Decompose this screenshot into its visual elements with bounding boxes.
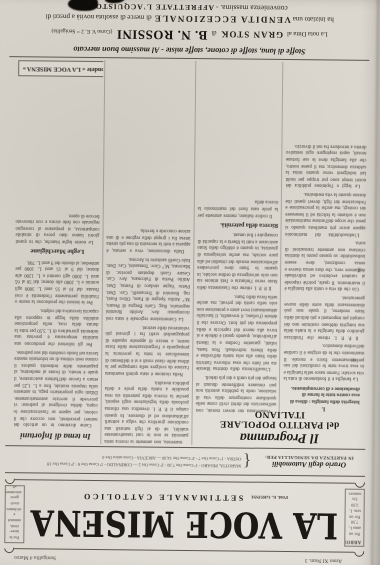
insertions-line: réclames rivol- xyxy=(8,500,22,511)
section-number: I. xyxy=(283,404,364,413)
paragraph: Dalla discussione, viva e serrata, è app… xyxy=(106,226,190,253)
subscription-box: ABBONAMENTI Per un anno L. 7,50 Per un s… xyxy=(344,489,364,547)
article-columns: Il Programma del PARTITO POPOLARE ITALIA… xyxy=(5,59,369,447)
brace-glyph: { xyxy=(243,453,251,470)
scanned-newspaper-screenshot: Anno XI Num. 3 Senigallia 4 Marzo ABBONA… xyxy=(0,0,380,565)
column-4: In tema di Infortuni Come dicemmo in un … xyxy=(11,59,103,444)
program-headline-line1: Il Programma xyxy=(193,429,365,447)
subscription-line: Per un anno L. 7,50 xyxy=(348,519,362,536)
paragraph: Il codice italiano, mentre ammette per l… xyxy=(198,197,279,218)
ad-text: di merce di assoluta novità a prezzi di xyxy=(46,12,152,21)
newspaper-sheet-upside-down: Anno XI Num. 3 Senigallia 4 Marzo ABBONA… xyxy=(0,0,380,565)
column-3: maternità, non ammette la ricerca della … xyxy=(102,60,194,445)
column-2: l'osservanza dei doveri morali, così nel… xyxy=(194,61,282,414)
scan-speck xyxy=(351,359,356,362)
ad-sale-text: VENDITA ECCEZIONALE xyxy=(153,14,291,25)
timetable-title: Orario degli Automobili xyxy=(253,460,365,470)
paragraph: maternità, non ammette la ricerca della … xyxy=(104,377,189,444)
ad-text: La nota Ditta al xyxy=(287,30,328,37)
subscription-line: Per un sem. L. 3,50 xyxy=(348,502,362,519)
paragraph: L'indissolubilità del matrimonio appare … xyxy=(285,189,366,236)
scan-speck xyxy=(357,268,361,272)
ad-address: (Corso V. E. 2 = Senigallia) xyxy=(52,28,113,35)
ad-line2: La nota Ditta al GRAN STOK di B. N. ROSS… xyxy=(10,24,370,46)
paragraph: Per le lesioni che producono la morte o … xyxy=(15,257,99,304)
paragraph: La Commissione regionale è stata così ri… xyxy=(106,254,191,321)
paragraph: Come dicemmo in un articolo dei numeri p… xyxy=(13,347,98,427)
ad-shop-name: GRAN STOK xyxy=(220,29,283,40)
diffondete-promo-box: Diffondete « LA VOCE MISENA » xyxy=(18,60,103,77)
ad-text: ha iniziato una xyxy=(293,15,334,23)
bus-timetable: Orario degli Automobili IN PARTENZA DA S… xyxy=(5,445,365,477)
issue-number: Anno XI Num. 3 xyxy=(305,557,342,563)
paragraph: Ciò che dà vita e unità alla famiglia è … xyxy=(284,238,365,292)
masthead: ABBONAMENTI Per un anno L. 7,50 Per un s… xyxy=(4,485,365,547)
fold-crease xyxy=(371,0,379,565)
dateline-place: Senigallia 4 Marzo xyxy=(14,554,56,560)
rossini-advertisement: Stoffe di lana, stoffe di cotone, stoffe… xyxy=(9,0,370,60)
insertions-line: Per le inser- xyxy=(7,529,21,540)
program-headline: Il Programma del PARTITO POPOLARE ITALIA… xyxy=(193,413,365,447)
paragraph: Le nostre leghe bianche, che in questi g… xyxy=(15,210,99,244)
column-1: I. Integrità della famiglia : difesa di … xyxy=(281,62,369,415)
insertions-line: gersi unicamente xyxy=(8,489,22,500)
insertions-box: Per le inser- zioni, annunzi e réclames … xyxy=(4,485,24,543)
subscription-title: ABBONAMENTI xyxy=(348,537,362,544)
section-lead: Integrità della famiglia : difesa di ess… xyxy=(283,383,360,404)
paragraph: Le leggi e l'opinione pubblica dei nostr… xyxy=(286,141,367,188)
newspaper-title: LA VOCE MISENA xyxy=(30,501,338,545)
director-credit: Prof. E. GROSSI xyxy=(251,494,288,499)
ad-text: di xyxy=(211,29,216,36)
ad-owner-name: B. N. ROSSINI xyxy=(116,27,207,43)
infortuni-headline: In tema di Infortuni xyxy=(13,429,97,442)
paragraph: Il P. P. I. ritiene che l'assistenza del… xyxy=(197,230,278,290)
paragraph: Il P. P. I. ritiene che l'indirizzo giur… xyxy=(284,292,365,339)
paragraph: l'osservanza dei doveri morali, così nel… xyxy=(196,372,277,412)
paragraph: L'insufficienza della dottrina liberale … xyxy=(196,291,277,371)
subheading: Leghe Marchigiane xyxy=(15,245,99,255)
paragraph: Nella riunione è stata quindi esaminata … xyxy=(105,322,190,376)
subscription-line: Un numero sep. Cent. 15 xyxy=(348,489,362,503)
ad-line1: Stoffe di lana, stoffe di cotone, stoffe… xyxy=(9,44,369,57)
ad-cta-text: AFFRETTATE L'ACQUISTO. xyxy=(92,2,214,12)
subheading: Ricerca della paternità. xyxy=(198,219,279,228)
ad-text: convenienza massima. - xyxy=(216,3,288,13)
paragraph: Per gli infortuni che producono una inab… xyxy=(14,305,98,346)
newspaper-subtitle: SETTIMANALE CATTOLICO xyxy=(82,492,244,503)
insertions-line: zioni, annunzi e xyxy=(7,512,21,529)
